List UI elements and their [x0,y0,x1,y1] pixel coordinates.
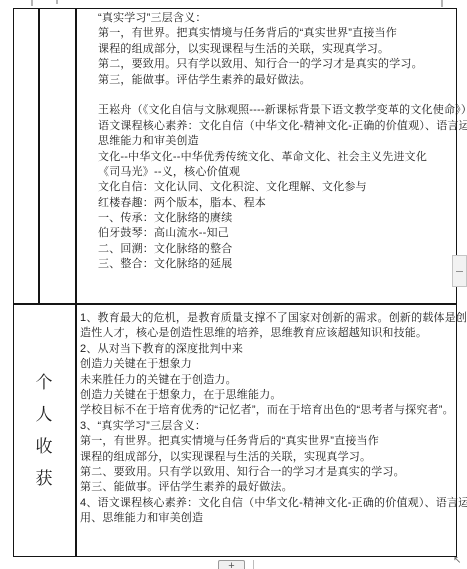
scrollbar-thumb[interactable] [452,255,467,287]
text-line: 创造力关键在于想象力，在于思维能力。 [80,388,467,403]
clipped-text-remnant [441,0,443,7]
scrollbar-grip-icon [456,271,463,272]
text-line [98,88,467,103]
text-line: 《司马光》--义，核心价值观 [98,165,467,180]
table-row-divider [13,303,457,305]
text-line: 红楼春趣：两个版本，脂本、程本 [98,196,467,211]
text-line: 一、传承：文化脉络的赓续 [98,211,467,226]
table-column-border-main [75,8,77,557]
text-line: 2、从对当下教育的深度批判中来 [80,342,467,357]
text-line: 第三，能做事。评估学生素养的最好做法。 [98,73,467,88]
document-page: “真实学习”三层含义：第一，有世界。把真实情境与任务背后的“真实世界”直接当作课… [0,0,467,569]
text-line: 未来胜任力的关键在于创造力。 [80,373,467,388]
clipped-text-remnant [31,0,33,6]
text-line: 文化--中华文化--中华优秀传统文化、革命文化、社会主义先进文化 [98,150,467,165]
text-line: 创造力关键在于想象力 [80,357,467,372]
clipped-text-remnant [56,0,58,4]
resize-cursor-icon[interactable]: ↖ [453,555,461,567]
text-line: 造性人才，核心是创造性思维的培养，思维教育应该超越知识和技能。 [80,326,467,341]
widget-divider [253,560,254,569]
text-line: 3、“真实学习”三层含义： [80,419,467,434]
label-character: 个 [36,372,53,393]
label-character: 收 [36,436,53,457]
text-line: 1、教育最大的危机，是教育质量支撑不了国家对创新的需求。创新的载体是创 [80,311,467,326]
row-label-personal-gains: 个人收获 [14,304,74,556]
text-line: 二、回溯：文化脉络的整合 [98,242,467,257]
text-line: 用、思维能力和审美创造 [80,511,467,526]
notes-cell-top: “真实学习”三层含义：第一，有世界。把真实情境与任务背后的“真实世界”直接当作课… [98,11,467,273]
table-handle-plus-button[interactable]: + [218,560,245,569]
text-line: 文化自信：文化认同、文化积淀、文化理解、文化参与 [98,180,467,195]
label-character: 人 [36,404,53,425]
text-line: 第三、能做事。评估学生素养的最好做法。 [80,480,467,495]
text-line: 第一，有世界。把真实情境与任务背后的“真实世界”直接当作 [80,434,467,449]
text-line: “真实学习”三层含义： [98,11,467,26]
text-line: 4、语文课程核心素养：文化自信（中华文化-精神文化-正确的价值观）、语言运 [80,496,467,511]
text-line: 第一，有世界。把真实情境与任务背后的“真实世界”直接当作 [98,26,467,41]
text-line: 第二，要致用。只有学以致用、知行合一的学习才是真实的学习。 [98,57,467,72]
text-line: 课程的组成部分，以实现课程与生活的关联，实现真学习。 [98,42,467,57]
text-line: 伯牙鼓琴：高山流水--知己 [98,226,467,241]
text-line: 学校目标不在于培育优秀的“记忆者”，而在于培育出色的“思考者与探究者”。 [80,403,467,418]
text-line: 三、整合：文化脉络的延展 [98,257,467,272]
text-line: 王崧舟（《文化自信与文脉观照----新课标背景下语文教学变革的文化使命》） [98,103,467,118]
notes-cell-bottom: 1、教育最大的危机，是教育质量支撑不了国家对创新的需求。创新的载体是创造性人才，… [80,311,467,526]
text-line: 语文课程核心素养：文化自信（中华文化-精神文化-正确的价值观）、语言运用、 [98,119,467,134]
text-line: 课程的组成部分，以实现课程与生活的关联，实现真学习。 [80,450,467,465]
label-character: 获 [36,468,53,489]
text-line: 第二、要致用。只有学以致用、知行合一的学习才是真实的学习。 [80,465,467,480]
table-column-border-narrow [38,8,40,304]
text-line: 思维能力和审美创造 [98,134,467,149]
